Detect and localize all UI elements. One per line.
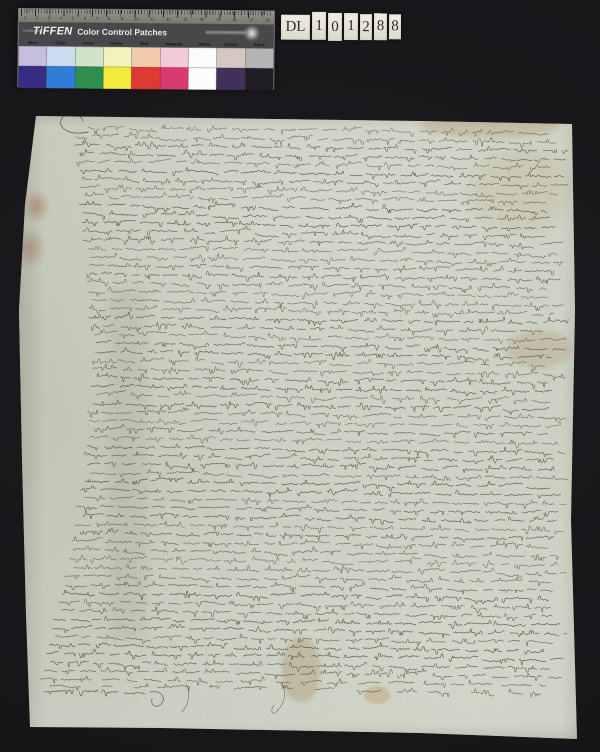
reference-card: 2 <box>360 14 372 40</box>
color-patch-solid-blue <box>18 66 47 88</box>
color-bar-header: Centimeters TiFFEN Color Control Patches <box>19 22 274 41</box>
color-patch-pastel-black <box>245 48 274 68</box>
reference-number: DL101288 <box>281 12 401 42</box>
solid-patch-row <box>18 66 273 90</box>
reference-card: 1 <box>344 13 358 40</box>
ruler-number: 17 <box>249 18 253 22</box>
ruler-number: 1 <box>24 16 26 20</box>
patch-label-text: 3/Color <box>225 43 239 47</box>
ruler-number: 2 <box>36 16 38 20</box>
patch-label-text: Yellow <box>110 42 123 46</box>
color-patch-pastel-magenta <box>160 47 189 67</box>
patch-label-text: Blue <box>28 41 37 45</box>
ruler-number: 14 <box>199 18 203 22</box>
color-patch-pastel-green <box>75 47 104 67</box>
patch-label-text: Cyan <box>55 41 65 45</box>
pastel-patch-row <box>18 46 273 68</box>
ruler-number: 11 <box>150 17 154 21</box>
ruler-number: 13 <box>183 18 187 22</box>
ruler-number: 8 <box>108 17 110 21</box>
fine-print-smudge <box>206 31 246 34</box>
color-patch-solid-3color <box>217 68 246 90</box>
ruler-number: 9 <box>120 17 122 21</box>
ruler-number: 6 <box>84 17 86 21</box>
color-patch-solid-magenta <box>160 67 189 89</box>
color-patch-solid-green <box>75 67 104 89</box>
color-patch-pastel-3color <box>217 48 246 68</box>
reference-card: DL <box>281 15 310 40</box>
color-patch-solid-white <box>188 68 217 90</box>
color-patch-solid-cyan <box>47 66 76 88</box>
glare-spot <box>244 26 260 40</box>
ruler-number: 4 <box>60 16 62 20</box>
color-patch-pastel-blue <box>18 46 47 66</box>
ruler-number: 3 <box>48 16 50 20</box>
manuscript-page <box>0 0 600 752</box>
color-patch-solid-yellow <box>103 67 132 89</box>
patch-label-text: Black <box>254 43 265 47</box>
color-patch-pastel-cyan <box>47 46 76 66</box>
archive-photo-background: 123456789101112131415161718 Centimeters … <box>0 0 600 752</box>
color-patch-solid-black <box>245 68 274 90</box>
color-bar-title: Color Control Patches <box>77 26 167 37</box>
reference-card: 8 <box>389 14 401 39</box>
ruler-number: 12 <box>166 17 170 21</box>
color-patch-pastel-white <box>188 48 217 68</box>
ruler-unit-label: Centimeters <box>23 29 24 33</box>
handwriting-svg <box>0 0 600 752</box>
color-patch-solid-red <box>132 67 161 89</box>
ruler-number: 16 <box>232 18 236 22</box>
reference-card: 0 <box>328 13 342 41</box>
reference-card: 8 <box>374 13 387 40</box>
color-patch-pastel-red <box>132 47 161 67</box>
ruler-number: 18 <box>265 18 269 22</box>
patch-label-text: Red <box>140 42 148 46</box>
ruler-number: 7 <box>96 17 98 21</box>
color-control-patches-bar: 123456789101112131415161718 Centimeters … <box>17 8 275 89</box>
patch-label-text: Magenta <box>165 42 182 46</box>
patch-label-text: White <box>198 42 209 46</box>
ruler-number: 5 <box>72 17 74 21</box>
patch-label-text: Green <box>82 41 94 45</box>
reference-card: 1 <box>312 12 326 40</box>
ruler-number: 10 <box>134 17 138 21</box>
ruler-number: 15 <box>216 18 220 22</box>
color-patch-pastel-yellow <box>103 47 132 67</box>
